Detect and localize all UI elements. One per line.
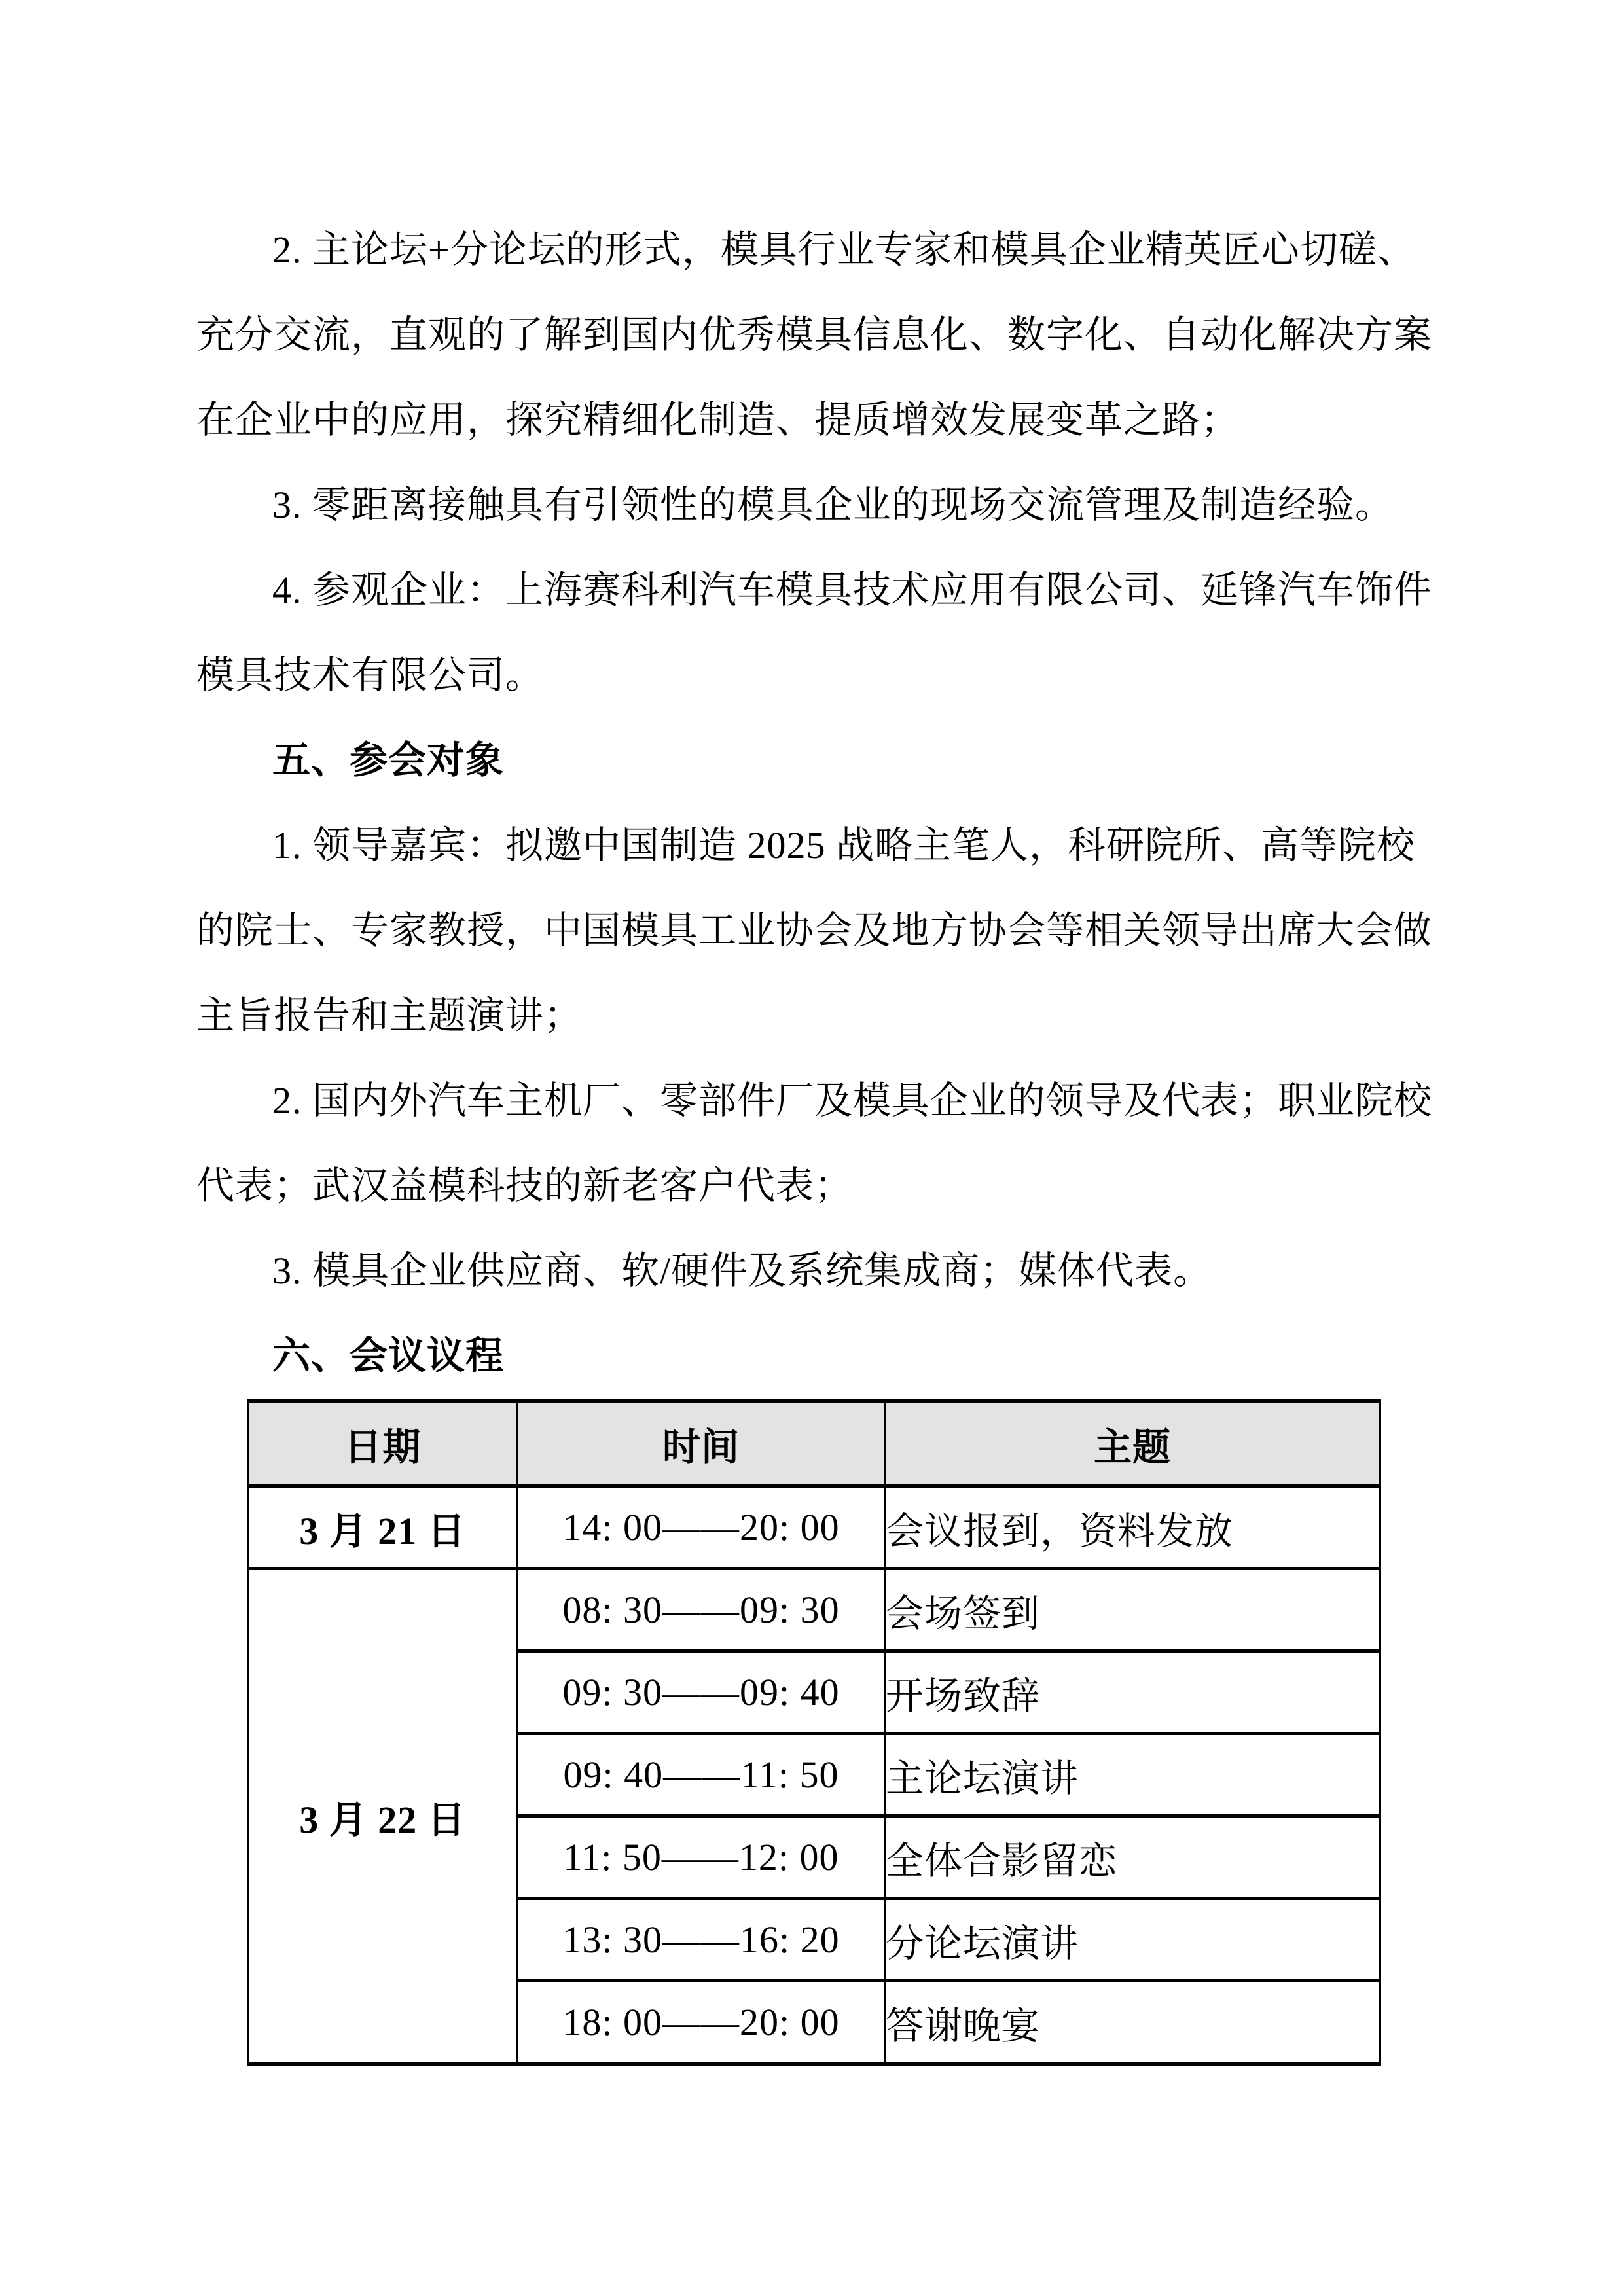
section-heading-agenda: 六、会议议程 <box>196 1314 1428 1399</box>
col-header-time: 时间 <box>518 1401 885 1486</box>
table-row: 3 月 21 日 14: 00——20: 00 会议报到，资料发放 <box>248 1486 1380 1569</box>
date-cell-merged: 3 月 22 日 <box>248 1569 518 2064</box>
col-header-topic: 主题 <box>885 1401 1380 1486</box>
paragraph-line: 2. 国内外汽车主机厂、零部件厂及模具企业的领导及代表；职业院校 <box>196 1058 1428 1143</box>
document-page: 2. 主论坛+分论坛的形式，模具行业专家和模具企业精英匠心切磋、 充分交流，直观… <box>0 0 1624 2296</box>
paragraph-line: 4. 参观企业：上海赛科利汽车模具技术应用有限公司、延锋汽车饰件 <box>196 548 1428 633</box>
time-cell: 08: 30——09: 30 <box>518 1569 885 1651</box>
table-header-row: 日期 时间 主题 <box>248 1401 1380 1486</box>
date-cell: 3 月 21 日 <box>248 1486 518 1569</box>
paragraph-line: 1. 领导嘉宾：拟邀中国制造 2025 战略主笔人，科研院所、高等院校 <box>196 803 1428 888</box>
topic-cell: 答谢晚宴 <box>885 1981 1380 2064</box>
topic-cell: 全体合影留恋 <box>885 1816 1380 1899</box>
paragraph-line: 代表；武汉益模科技的新老客户代表； <box>196 1143 1428 1229</box>
table-row: 3 月 22 日 08: 30——09: 30 会场签到 <box>248 1569 1380 1651</box>
body-text: 2. 主论坛+分论坛的形式，模具行业专家和模具企业精英匠心切磋、 充分交流，直观… <box>196 207 1428 1399</box>
time-cell: 14: 00——20: 00 <box>518 1486 885 1569</box>
topic-cell: 会场签到 <box>885 1569 1380 1651</box>
section-heading-attendees: 五、参会对象 <box>196 718 1428 803</box>
paragraph-line: 3. 零距离接触具有引领性的模具企业的现场交流管理及制造经验。 <box>196 463 1428 548</box>
topic-cell: 会议报到，资料发放 <box>885 1486 1380 1569</box>
time-cell: 18: 00——20: 00 <box>518 1981 885 2064</box>
paragraph-line: 模具技术有限公司。 <box>196 633 1428 718</box>
topic-cell: 分论坛演讲 <box>885 1899 1380 1981</box>
paragraph-line: 的院士、专家教授，中国模具工业协会及地方协会等相关领导出席大会做 <box>196 888 1428 973</box>
paragraph-line: 2. 主论坛+分论坛的形式，模具行业专家和模具企业精英匠心切磋、 <box>196 207 1428 293</box>
topic-cell: 开场致辞 <box>885 1651 1380 1734</box>
paragraph-line: 充分交流，直观的了解到国内优秀模具信息化、数字化、自动化解决方案 <box>196 293 1428 378</box>
time-cell: 13: 30——16: 20 <box>518 1899 885 1981</box>
time-cell: 11: 50——12: 00 <box>518 1816 885 1899</box>
time-cell: 09: 30——09: 40 <box>518 1651 885 1734</box>
topic-cell: 主论坛演讲 <box>885 1734 1380 1816</box>
time-cell: 09: 40——11: 50 <box>518 1734 885 1816</box>
paragraph-line: 在企业中的应用，探究精细化制造、提质增效发展变革之路； <box>196 378 1428 463</box>
paragraph-line: 3. 模具企业供应商、软/硬件及系统集成商；媒体代表。 <box>196 1229 1428 1314</box>
agenda-table: 日期 时间 主题 3 月 21 日 14: 00——20: 00 会议报到，资料… <box>247 1399 1381 2066</box>
col-header-date: 日期 <box>248 1401 518 1486</box>
paragraph-line: 主旨报告和主题演讲； <box>196 973 1428 1058</box>
